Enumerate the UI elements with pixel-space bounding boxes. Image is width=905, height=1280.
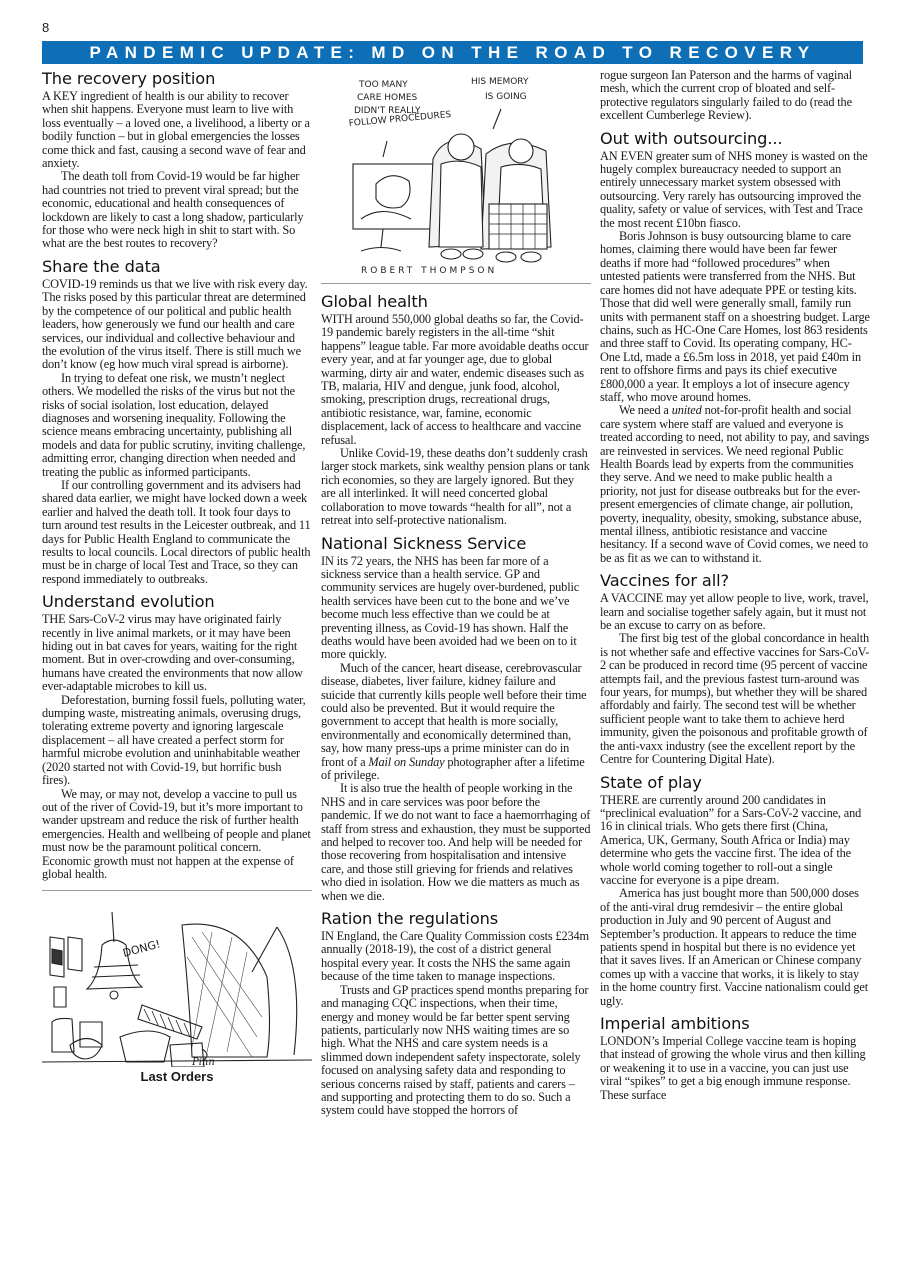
paragraph: A KEY ingredient of health is our abilit… xyxy=(42,90,312,170)
section-global-health: Global health WITH around 550,000 global… xyxy=(321,292,591,528)
column-3: rogue surgeon Ian Paterson and the harms… xyxy=(600,69,870,1108)
page-number: 8 xyxy=(42,20,49,35)
section-ration-the-regulations: Ration the regulations IN England, the C… xyxy=(321,909,591,1118)
paragraph: Deforestation, burning fossil fuels, pol… xyxy=(42,694,312,788)
emphasis: united xyxy=(672,403,702,417)
paragraph: It is also true the health of people wor… xyxy=(321,782,591,903)
column-2: TOO MANY CARE HOMES DIDN'T REALLY FOLLOW… xyxy=(321,69,591,1124)
section-national-sickness-service: National Sickness Service IN its 72 year… xyxy=(321,534,591,904)
section-ration-continued: rogue surgeon Ian Paterson and the harms… xyxy=(600,69,870,123)
paragraph: Boris Johnson is busy outsourcing blame … xyxy=(600,230,870,404)
paragraph: The death toll from Covid-19 would be fa… xyxy=(42,170,312,250)
column-1: The recovery position A KEY ingredient o… xyxy=(42,69,312,1084)
divider xyxy=(42,890,312,891)
paragraph: We need a united not-for-profit health a… xyxy=(600,404,870,565)
cartoon-care-homes: TOO MANY CARE HOMES DIDN'T REALLY FOLLOW… xyxy=(321,69,591,277)
cartoon-last-orders: DONG! Pinn Last Orders xyxy=(42,897,312,1084)
cartoon-caption: Last Orders xyxy=(42,1069,312,1084)
section-heading: Out with outsourcing... xyxy=(600,129,870,148)
paragraph: We may, or may not, develop a vaccine to… xyxy=(42,788,312,882)
elderly-couple-watching-tv-illustration: TOO MANY CARE HOMES DIDN'T REALLY FOLLOW… xyxy=(321,69,591,277)
paragraph: The first big test of the global concord… xyxy=(600,632,870,766)
paragraph: LONDON’s Imperial College vaccine team i… xyxy=(600,1035,870,1102)
section-heading: State of play xyxy=(600,773,870,792)
paragraph: America has just bought more than 500,00… xyxy=(600,887,870,1008)
section-heading: Imperial ambitions xyxy=(600,1014,870,1033)
section-heading: The recovery position xyxy=(42,69,312,88)
paragraph: Trusts and GP practices spend months pre… xyxy=(321,984,591,1118)
paragraph: rogue surgeon Ian Paterson and the harms… xyxy=(600,69,870,123)
paragraph: Much of the cancer, heart disease, cereb… xyxy=(321,662,591,783)
paragraph: WITH around 550,000 global deaths so far… xyxy=(321,313,591,447)
paragraph: If our controlling government and its ad… xyxy=(42,479,312,586)
section-heading: Share the data xyxy=(42,257,312,276)
paragraph: IN its 72 years, the NHS has been far mo… xyxy=(321,555,591,662)
paragraph: IN England, the Care Quality Commission … xyxy=(321,930,591,984)
speech-line: CARE HOMES xyxy=(357,93,418,103)
section-heading: Vaccines for all? xyxy=(600,571,870,590)
paragraph: A VACCINE may yet allow people to live, … xyxy=(600,592,870,632)
section-imperial-ambitions: Imperial ambitions LONDON’s Imperial Col… xyxy=(600,1014,870,1102)
section-heading: Understand evolution xyxy=(42,592,312,611)
section-understand-evolution: Understand evolution THE Sars-CoV-2 viru… xyxy=(42,592,312,881)
sound-effect-text: DONG! xyxy=(121,938,161,960)
section-heading: National Sickness Service xyxy=(321,534,591,553)
artist-signature: Pinn xyxy=(191,1057,215,1067)
section-state-of-play: State of play THERE are currently around… xyxy=(600,773,870,1009)
paragraph: THE Sars-CoV-2 virus may have originated… xyxy=(42,613,312,693)
section-out-with-outsourcing: Out with outsourcing... AN EVEN greater … xyxy=(600,129,870,566)
section-vaccines-for-all: Vaccines for all? A VACCINE may yet allo… xyxy=(600,571,870,766)
paragraph: AN EVEN greater sum of NHS money is wast… xyxy=(600,150,870,230)
section-heading: Ration the regulations xyxy=(321,909,591,928)
paragraph: THERE are currently around 200 candidate… xyxy=(600,794,870,888)
paragraph: Unlike Covid-19, these deaths don’t sudd… xyxy=(321,447,591,527)
artist-signature: ROBERT THOMPSON xyxy=(361,266,497,276)
speech-line: HIS MEMORY xyxy=(471,77,529,87)
paragraph: COVID-19 reminds us that we live with ri… xyxy=(42,278,312,372)
section-share-the-data: Share the data COVID-19 reminds us that … xyxy=(42,257,312,586)
section-banner: PANDEMIC UPDATE: MD ON THE ROAD TO RECOV… xyxy=(42,41,863,64)
grim-reaper-bell-illustration: DONG! Pinn xyxy=(42,897,312,1067)
section-heading: Global health xyxy=(321,292,591,311)
speech-line: TOO MANY xyxy=(358,80,408,90)
divider xyxy=(321,283,591,284)
speech-line: IS GOING xyxy=(485,92,527,102)
paragraph: In trying to defeat one risk, we mustn’t… xyxy=(42,372,312,479)
newspaper-name: Mail on Sunday xyxy=(368,755,444,769)
section-recovery-position: The recovery position A KEY ingredient o… xyxy=(42,69,312,251)
